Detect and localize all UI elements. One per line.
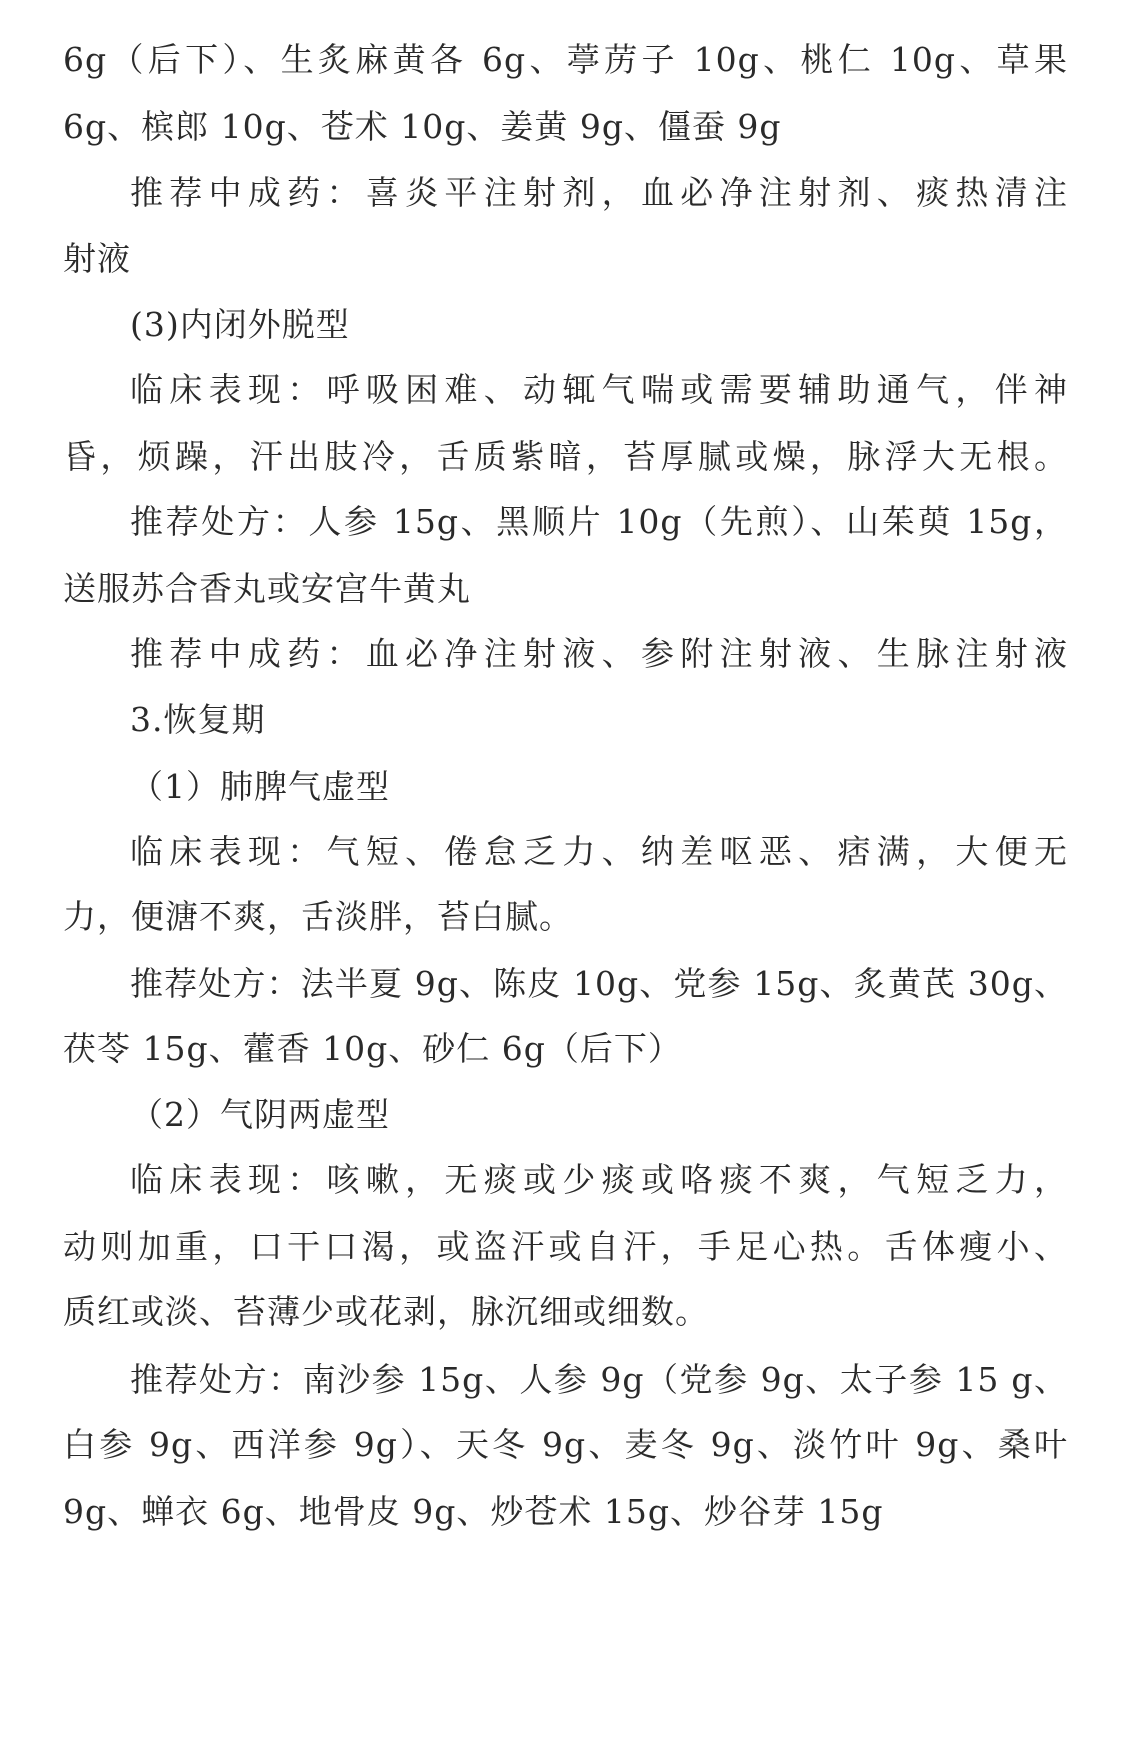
text-line-clinical-manifestation: 临床表现：呼吸困难、动辄气喘或需要辅助通气，伴神 [130, 360, 1068, 420]
text-line-prescription-end: 送服苏合香丸或安宫牛黄丸 [63, 559, 1068, 619]
text-line-clinical-manifestation: 临床表现：咳嗽，无痰或少痰或咯痰不爽，气短乏力， [130, 1150, 1068, 1210]
section-heading-qi-yin-deficiency: （2）气阴两虚型 [130, 1085, 1068, 1145]
section-heading-lung-spleen-qi-deficiency: （1）肺脾气虚型 [130, 757, 1068, 817]
text-line-patent-medicine: 推荐中成药：血必净注射液、参附注射液、生脉注射液 [130, 624, 1068, 684]
text-line-clinical-manifestation-cont: 动则加重，口干口渴，或盗汗或自汗，手足心热。舌体瘦小、 [63, 1217, 1068, 1277]
text-line-prescription-end: 茯苓 15g、藿香 10g、砂仁 6g（后下） [63, 1019, 1068, 1079]
text-line-prescription-continued: 6g（后下）、生炙麻黄各 6g、葶苈子 10g、桃仁 10g、草果 [63, 30, 1068, 90]
text-line-prescription-cont: 白参 9g、西洋参 9g）、天冬 9g、麦冬 9g、淡竹叶 9g、桑叶 [63, 1415, 1068, 1475]
text-line-prescription: 推荐处方：法半夏 9g、陈皮 10g、党参 15g、炙黄芪 30g、 [130, 954, 1068, 1014]
text-line-patent-medicine: 推荐中成药：喜炎平注射剂，血必净注射剂、痰热清注 [130, 163, 1068, 223]
section-heading-inner-closure: (3)内闭外脱型 [130, 295, 1068, 355]
text-line-clinical-manifestation-end: 质红或淡、苔薄少或花剥，脉沉细或细数。 [63, 1282, 1068, 1342]
section-heading-recovery-period: 3.恢复期 [130, 690, 1068, 750]
text-line-prescription: 推荐处方：人参 15g、黑顺片 10g（先煎）、山茱萸 15g， [130, 492, 1068, 552]
document-page: 6g（后下）、生炙麻黄各 6g、葶苈子 10g、桃仁 10g、草果 6g、槟郎 … [0, 0, 1125, 1753]
text-line-clinical-manifestation-end: 力，便溏不爽，舌淡胖，苔白腻。 [63, 887, 1068, 947]
text-line-clinical-manifestation: 临床表现：气短、倦怠乏力、纳差呕恶、痞满，大便无 [130, 822, 1068, 882]
text-line-prescription-end: 6g、槟郎 10g、苍术 10g、姜黄 9g、僵蚕 9g [63, 97, 1068, 157]
text-line-clinical-manifestation-end: 昏，烦躁，汗出肢冷，舌质紫暗，苔厚腻或燥，脉浮大无根。 [63, 427, 1068, 487]
text-line-patent-medicine-end: 射液 [63, 229, 1068, 289]
text-line-prescription-end: 9g、蝉衣 6g、地骨皮 9g、炒苍术 15g、炒谷芽 15g [63, 1482, 1068, 1542]
text-line-prescription: 推荐处方：南沙参 15g、人参 9g（党参 9g、太子参 15 g、 [130, 1350, 1068, 1410]
